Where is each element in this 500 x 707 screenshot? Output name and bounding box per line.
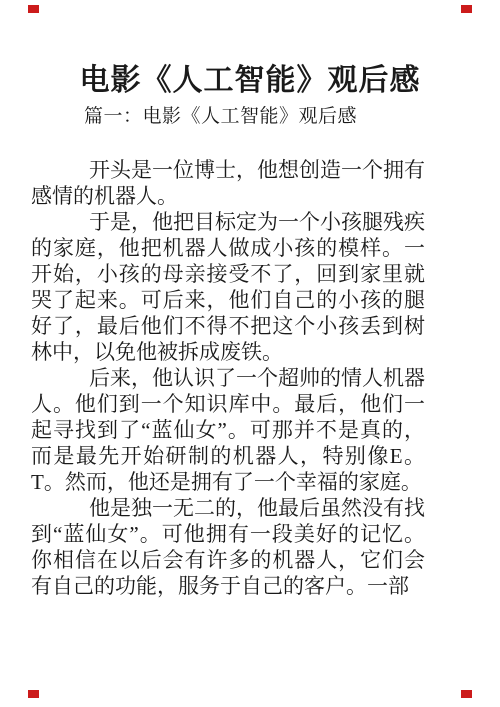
red-corner-mark-bottom-left xyxy=(28,690,39,698)
red-corner-mark-bottom-right xyxy=(461,690,472,698)
document-title: 电影《人工智能》观后感 xyxy=(0,62,500,100)
red-corner-mark-top-right xyxy=(461,5,472,13)
body-paragraph: 他是独一无二的，他最后虽然没有找到“蓝仙女”。可他拥有一段美好的记忆。你相信在以… xyxy=(31,495,425,599)
section-heading: 篇一：电影《人工智能》观后感 xyxy=(84,105,500,129)
document-body: 开头是一位博士，他想创造一个拥有感情的机器人。 于是，他把目标定为一个小孩腿残疾… xyxy=(31,157,425,599)
body-paragraph: 开头是一位博士，他想创造一个拥有感情的机器人。 xyxy=(31,157,425,209)
document-page: { "page": { "background": "#ffffff", "te… xyxy=(0,0,500,707)
body-paragraph: 后来，他认识了一个超帅的情人机器人。他们到一个知识库中。最后，他们一起寻找到了“… xyxy=(31,365,425,495)
body-paragraph: 于是，他把目标定为一个小孩腿残疾的家庭，他把机器人做成小孩的模样。一开始，小孩的… xyxy=(31,209,425,365)
red-corner-mark-top-left xyxy=(28,5,39,13)
